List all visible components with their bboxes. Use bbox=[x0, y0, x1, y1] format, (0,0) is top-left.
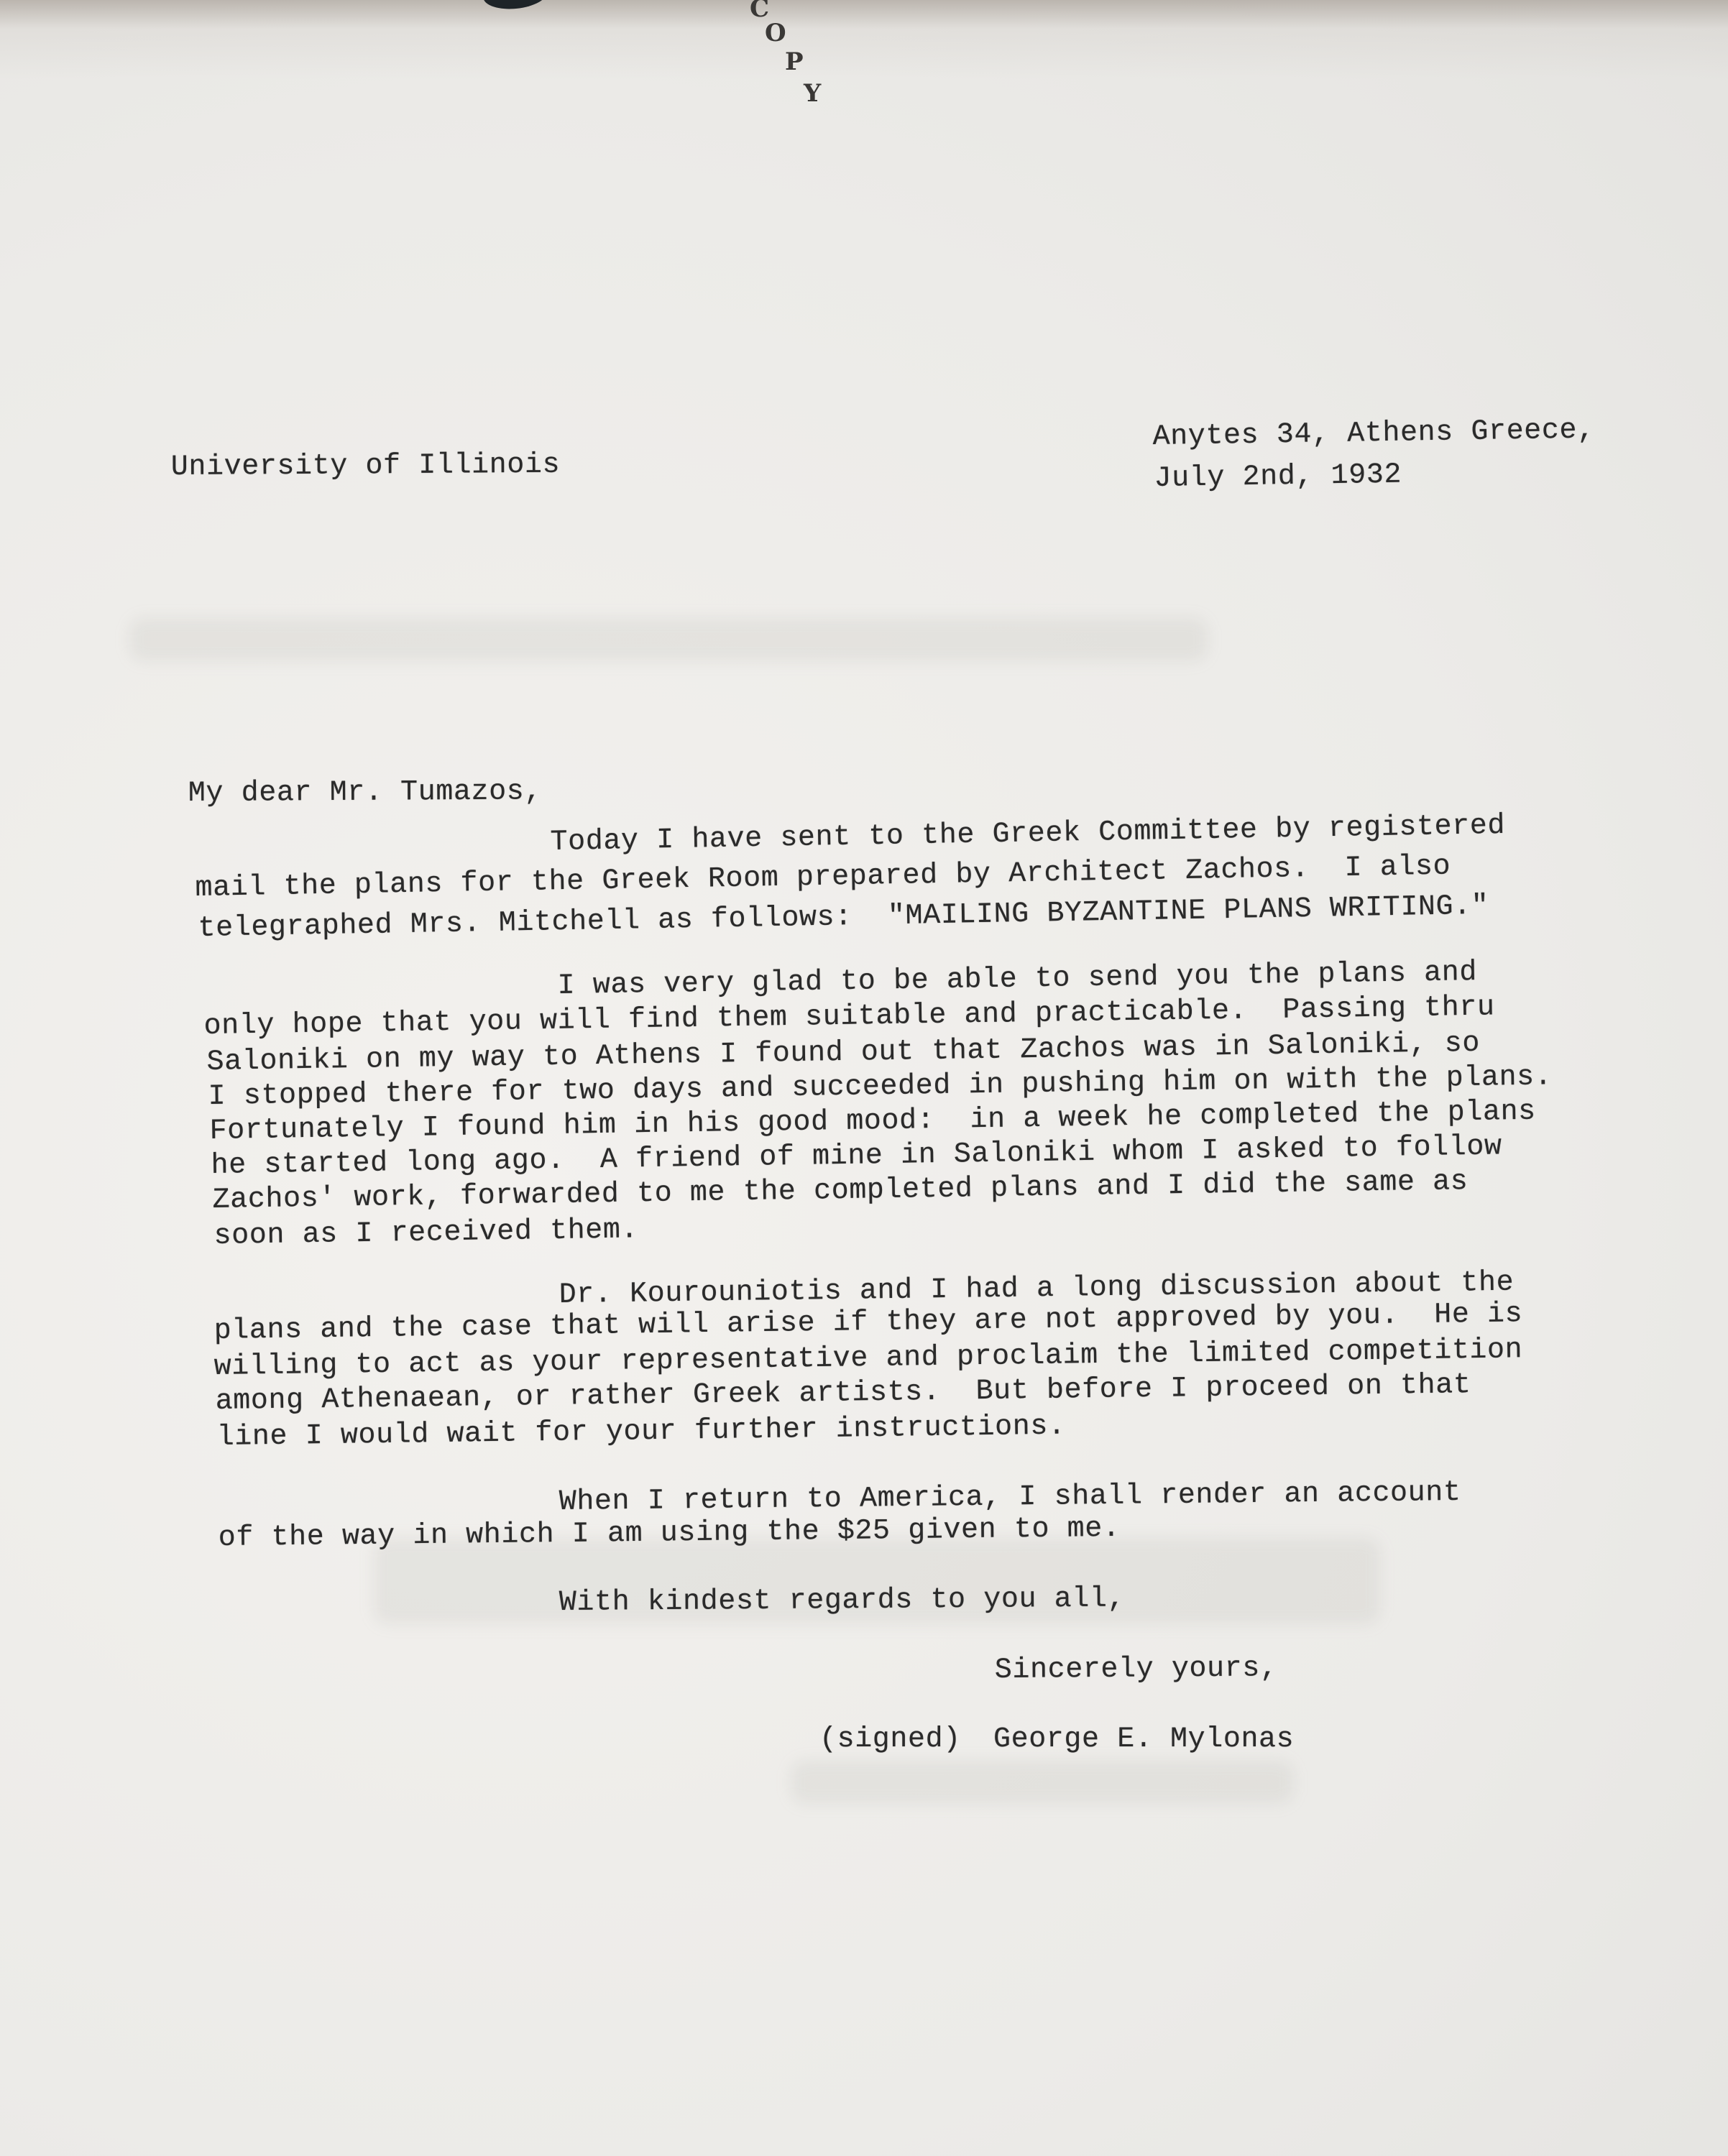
signed-note: (signed) bbox=[819, 1723, 961, 1756]
bleed-through-smudge bbox=[791, 1761, 1294, 1804]
copy-stamp-letter: P bbox=[785, 47, 804, 76]
signature-name: George E. Mylonas bbox=[993, 1723, 1294, 1756]
closing-regards: With kindest regards to you all, bbox=[559, 1583, 1126, 1619]
date-line: July 2nd, 1932 bbox=[1154, 459, 1402, 495]
institution-line: University of Illinois bbox=[171, 449, 561, 484]
salutation: My dear Mr. Tumazos, bbox=[188, 775, 542, 810]
closing-sign-off: Sincerely yours, bbox=[995, 1652, 1278, 1687]
copy-stamp-letter: Y bbox=[804, 79, 821, 108]
paragraph-line: soon as I received them. bbox=[213, 1214, 638, 1253]
bleed-through-smudge bbox=[129, 618, 1208, 661]
copy-stamp-letter: O bbox=[765, 19, 786, 47]
